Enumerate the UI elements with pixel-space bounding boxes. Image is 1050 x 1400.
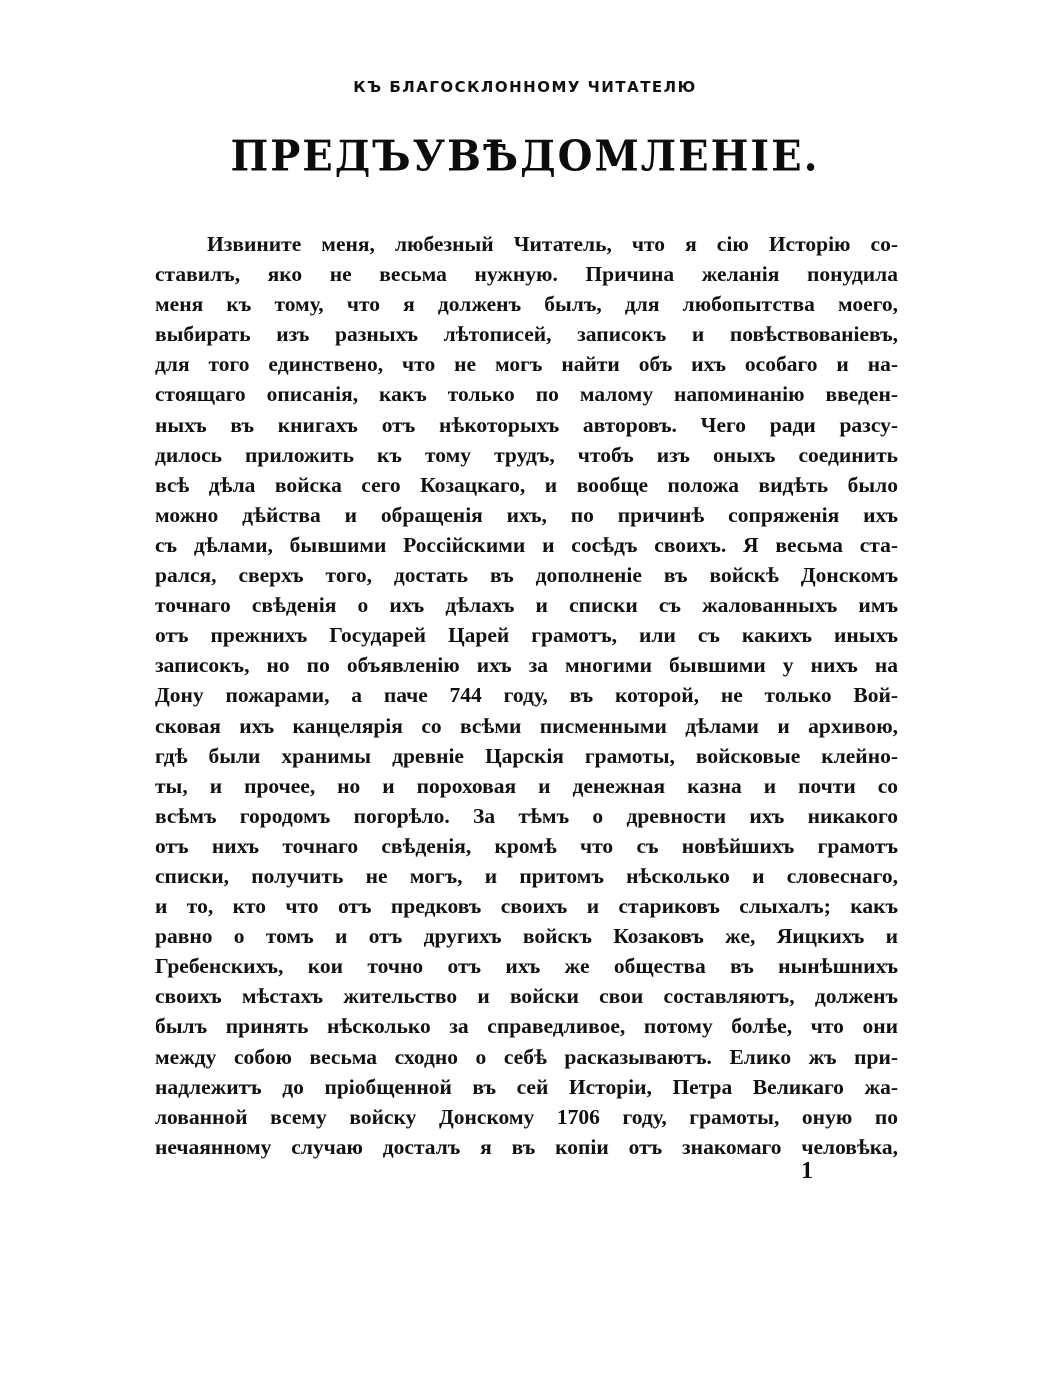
text-line: ты, и прочее, но и пороховая и денежная … <box>155 771 898 801</box>
text-line: списки, получить не могъ, и притомъ нѣск… <box>155 861 898 891</box>
text-line: для того единствено, что не могъ найти о… <box>155 349 898 379</box>
text-line: меня къ тому, что я долженъ былъ, для лю… <box>155 289 898 319</box>
running-head: КЪ БЛАГОСКЛОННОМУ ЧИТАТЕЛЮ <box>0 78 1050 96</box>
text-line: съ дѣлами, бывшими Россійскими и сосѣдъ … <box>155 530 898 560</box>
text-line: сковая ихъ канцелярія со всѣми писменным… <box>155 711 898 741</box>
text-line: лованной всему войску Донскому 1706 году… <box>155 1102 898 1132</box>
text-line: можно дѣйства и обращенія ихъ, по причин… <box>155 500 898 530</box>
page-number: 1 <box>792 1158 822 1185</box>
text-line: отъ прежнихъ Государей Царей грамотъ, ил… <box>155 620 898 650</box>
text-line: Извините меня, любезный Читатель, что я … <box>155 229 898 259</box>
text-line: надлежитъ до пріобщенной въ сей Исторіи,… <box>155 1072 898 1102</box>
text-line: отъ нихъ точнаго свѣденія, кромѣ что съ … <box>155 831 898 861</box>
text-line: ныхъ въ книгахъ отъ нѣкоторыхъ авторовъ.… <box>155 410 898 440</box>
text-line: стоящаго описанія, какъ только по малому… <box>155 379 898 409</box>
text-line: всѣмъ городомъ погорѣло. За тѣмъ о древн… <box>155 801 898 831</box>
text-line: выбирать изъ разныхъ лѣтописей, записокъ… <box>155 319 898 349</box>
text-line: Дону пожарами, а паче 744 году, въ котор… <box>155 680 898 710</box>
text-line: Гребенскихъ, кои точно отъ ихъ же общест… <box>155 951 898 981</box>
text-line: гдѣ были хранимы древніе Царскія грамоты… <box>155 741 898 771</box>
page-title: ПРЕДЪУВѢДОМЛЕНІЕ. <box>0 132 1050 181</box>
book-page: КЪ БЛАГОСКЛОННОМУ ЧИТАТЕЛЮ ПРЕДЪУВѢДОМЛЕ… <box>0 0 1050 1400</box>
text-line: былъ принять нѣсколько за справедливое, … <box>155 1011 898 1041</box>
text-line: и то, кто что отъ предковъ своихъ и стар… <box>155 891 898 921</box>
text-line: всѣ дѣла войска сего Козацкаго, и вообще… <box>155 470 898 500</box>
text-line: записокъ, но по объявленію ихъ за многим… <box>155 650 898 680</box>
text-line: рался, сверхъ того, достать въ дополнені… <box>155 560 898 590</box>
text-line: нечаянному случаю досталъ я въ копіи отъ… <box>155 1132 898 1162</box>
text-line: ставилъ, яко не весьма нужную. Причина ж… <box>155 259 898 289</box>
text-line: равно о томъ и отъ другихъ войскъ Козако… <box>155 921 898 951</box>
text-line: точнаго свѣденія о ихъ дѣлахъ и списки с… <box>155 590 898 620</box>
body-text: Извините меня, любезный Читатель, что я … <box>155 229 898 1162</box>
text-line: между собою весьма сходно о себѣ расказы… <box>155 1042 898 1072</box>
text-line: своихъ мѣстахъ жительство и войски свои … <box>155 981 898 1011</box>
text-line: дилось приложить къ тому трудъ, чтобъ из… <box>155 440 898 470</box>
